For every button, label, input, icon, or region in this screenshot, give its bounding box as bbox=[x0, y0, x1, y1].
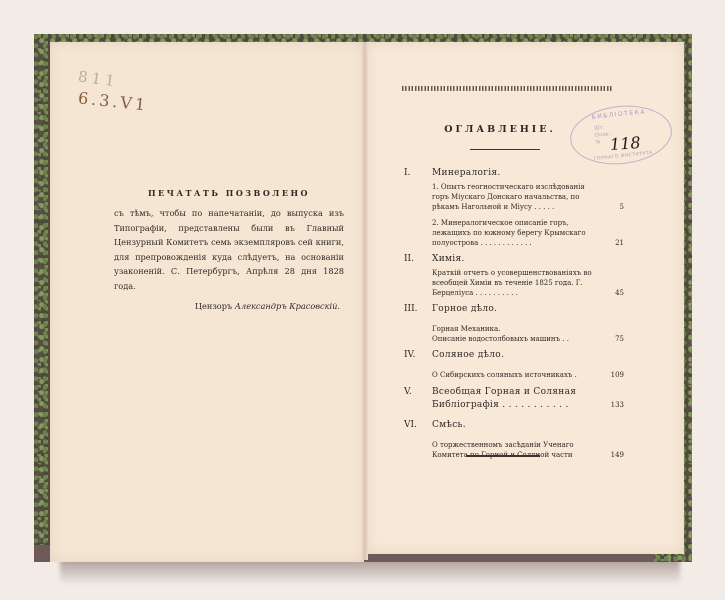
toc-section: VI.Смѣсь. О торжественномъ засѣданіи Уче… bbox=[404, 420, 624, 460]
toc-entry: Горная Механика. bbox=[404, 324, 624, 334]
toc-section: II.Химія. Краткій отчетъ о усовершенство… bbox=[404, 254, 624, 298]
section-number: VI. bbox=[404, 420, 432, 430]
entry-text: О Сибирскихъ соляныхъ источникахъ . bbox=[432, 371, 577, 379]
decorative-rule bbox=[402, 86, 612, 91]
imprimatur-block: ПЕЧАТАТЬ ПОЗВОЛЕНО съ тѣмъ, чтобы по нап… bbox=[114, 188, 344, 311]
section-label: Горное дѣло. bbox=[432, 304, 497, 314]
censor-signature: Цензоръ Александръ Красовскій. bbox=[114, 301, 344, 311]
entry-page: 149 bbox=[602, 450, 624, 460]
entry-text: 2. Минералогическое описаніе горъ, лежащ… bbox=[432, 219, 586, 247]
handwritten-number: 118 bbox=[609, 133, 641, 154]
toc-entry: О торжественномъ засѣданіи Ученаго Комит… bbox=[404, 440, 624, 460]
toc-entry: Описаніе водостолбовыхъ машинъ . . 75 bbox=[404, 334, 624, 344]
toc-entry: О Сибирскихъ соляныхъ источникахъ . 109 bbox=[404, 370, 624, 380]
section-label: Смѣсь. bbox=[432, 420, 466, 430]
entry-text: Горная Механика. bbox=[432, 325, 500, 333]
toc-entry: Краткій отчетъ о усовершенствованіяхъ во… bbox=[404, 268, 624, 298]
entry-page: 5 bbox=[602, 202, 624, 212]
entry-page: 109 bbox=[602, 370, 624, 380]
section-label: Химія. bbox=[432, 254, 465, 264]
entry-page: 75 bbox=[602, 334, 624, 344]
toc-entry: 1. Опытъ геогностическаго изслѣдованія г… bbox=[404, 182, 624, 212]
censor-prefix: Цензоръ bbox=[195, 301, 232, 311]
section-number: III. bbox=[404, 304, 432, 314]
section-label: Соляное дѣло. bbox=[432, 350, 504, 360]
imprimatur-body: съ тѣмъ, чтобы по напечатаніи, до выпуск… bbox=[114, 206, 344, 293]
toc-entry: 2. Минералогическое описаніе горъ, лежащ… bbox=[404, 218, 624, 248]
table-of-contents: I.Минералогія. 1. Опытъ геогностическаго… bbox=[404, 168, 624, 460]
entry-page: 45 bbox=[602, 288, 624, 298]
entry-text: Краткій отчетъ о усовершенствованіяхъ во… bbox=[432, 269, 592, 297]
censor-name: Александръ Красовскій. bbox=[235, 301, 340, 311]
title-underline bbox=[470, 149, 540, 150]
section-number: IV. bbox=[404, 350, 432, 360]
toc-section: V. Всеобщая Горная и Соляная Библіографі… bbox=[404, 386, 624, 412]
entry-page: 133 bbox=[611, 399, 624, 412]
toc-section: IV.Соляное дѣло. О Сибирскихъ соляныхъ и… bbox=[404, 350, 624, 380]
section-number: V. bbox=[404, 386, 432, 399]
entry-text: 1. Опытъ геогностическаго изслѣдованія г… bbox=[432, 183, 585, 211]
section-number: I. bbox=[404, 168, 432, 178]
section-label: Всеобщая Горная и Соляная Библіографія .… bbox=[432, 386, 598, 412]
book-gutter bbox=[362, 42, 368, 560]
section-number: II. bbox=[404, 254, 432, 264]
entry-page: 21 bbox=[602, 238, 624, 248]
end-rule bbox=[466, 455, 540, 457]
toc-section: I.Минералогія. 1. Опытъ геогностическаго… bbox=[404, 168, 624, 248]
section-label: Минералогія. bbox=[432, 168, 501, 178]
imprimatur-title: ПЕЧАТАТЬ ПОЗВОЛЕНО bbox=[114, 188, 344, 198]
entry-text: Описаніе водостолбовыхъ машинъ . . bbox=[432, 335, 569, 343]
toc-section: III.Горное дѣло. Горная Механика. Описан… bbox=[404, 304, 624, 344]
